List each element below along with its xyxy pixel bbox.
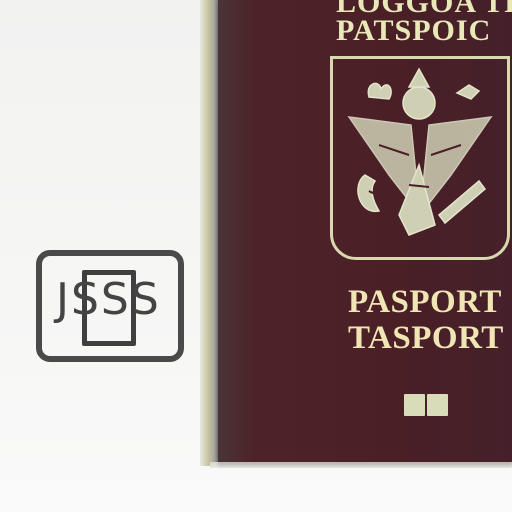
passport-label-line2: TASPORT: [348, 320, 504, 357]
chip-right: [427, 394, 448, 416]
biometric-chip-icon: [404, 394, 448, 416]
coat-of-arms-icon: [339, 65, 501, 245]
chip-left: [404, 394, 425, 416]
passport-cover: LOGGOA TLLL PATSPOIC PASPORT TASPORT: [218, 0, 512, 462]
shield-frame: [330, 56, 510, 260]
stamp-text: JSSS: [56, 278, 176, 322]
passport-title: PATSPOIC: [336, 14, 491, 48]
passport-page-edge: [200, 0, 220, 466]
passport-bottom-edge: [210, 462, 512, 468]
stamp-logo: JSSS: [36, 250, 184, 362]
passport-label-line1: PASPORT: [348, 284, 502, 321]
